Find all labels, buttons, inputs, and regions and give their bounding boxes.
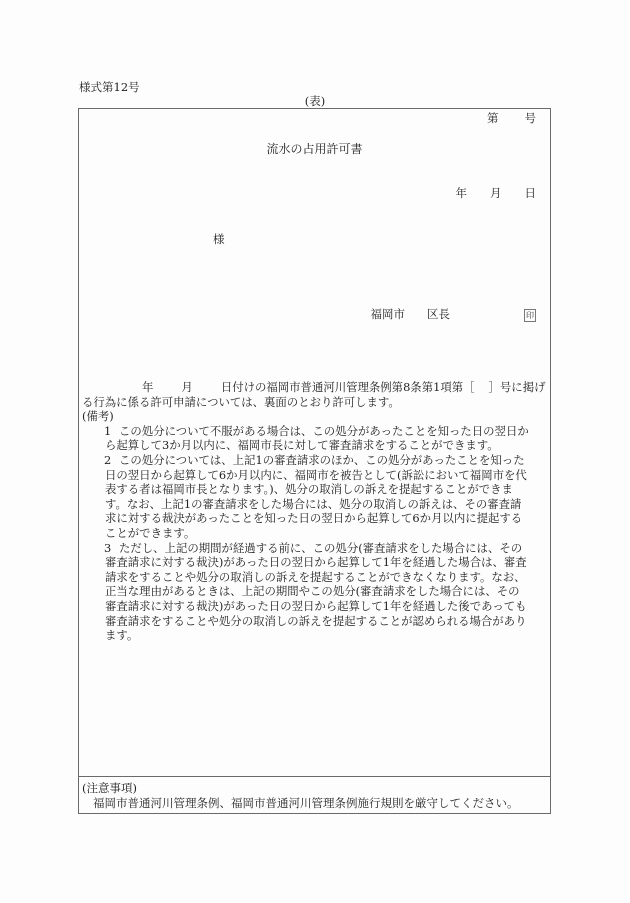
intro-line-1: 年月日付けの福岡市普通河川管理条例第8条第1項第［］号に掲げ — [82, 380, 544, 395]
remark-number: 3 — [104, 541, 111, 556]
permit-document-frame: 第号 流水の占用許可書 年月日 様 福岡市区長印 年月日付けの福岡市普通河川管理… — [78, 108, 551, 814]
document-title: 流水の占用許可書 — [79, 140, 550, 157]
issuer-city: 福岡市 — [371, 307, 406, 321]
remark-item-2: 2 この処分については、上記1の審査請求のほか、この処分があったことを知った 日… — [82, 453, 544, 541]
issue-date: 年月日 — [456, 185, 537, 201]
notes-content: 福岡市普通河川管理条例、福岡市普通河川管理条例施行規則を厳守してください。 — [82, 796, 519, 811]
notes-divider — [79, 776, 550, 777]
permit-body: 年月日付けの福岡市普通河川管理条例第8条第1項第［］号に掲げ る行為に係る許可申… — [82, 380, 544, 643]
document-number: 第号 — [487, 110, 536, 126]
notes-label: (注意事項) — [82, 781, 519, 796]
doc-no-suffix: 号 — [525, 110, 537, 126]
date-month: 月 — [490, 186, 502, 200]
remark-item-1: 1 この処分について不服がある場合は、この処分があったことを知った日の翌日か ら… — [82, 424, 544, 453]
seal-icon: 印 — [524, 309, 536, 322]
date-day: 日 — [525, 186, 537, 200]
doc-no-prefix: 第 — [487, 110, 499, 126]
remark-number: 1 — [104, 424, 111, 439]
remark-number: 2 — [104, 453, 111, 468]
side-label: (表) — [0, 93, 630, 109]
intro-line-2: る行為に係る許可申請については、裏面のとおり許可します。 — [82, 395, 544, 410]
notes-section: (注意事項) 福岡市普通河川管理条例、福岡市普通河川管理条例施行規則を厳守してく… — [82, 781, 519, 811]
remark-item-3: 3 ただし、上記の期間が経過する前に、この処分(審査請求をした場合には、その 審… — [82, 541, 544, 643]
addressee: 様 — [213, 231, 225, 247]
issuer-office: 区長 — [427, 307, 450, 321]
date-year: 年 — [456, 186, 468, 200]
remarks-label: (備考) — [82, 409, 544, 424]
issuer: 福岡市区長印 — [371, 306, 537, 322]
